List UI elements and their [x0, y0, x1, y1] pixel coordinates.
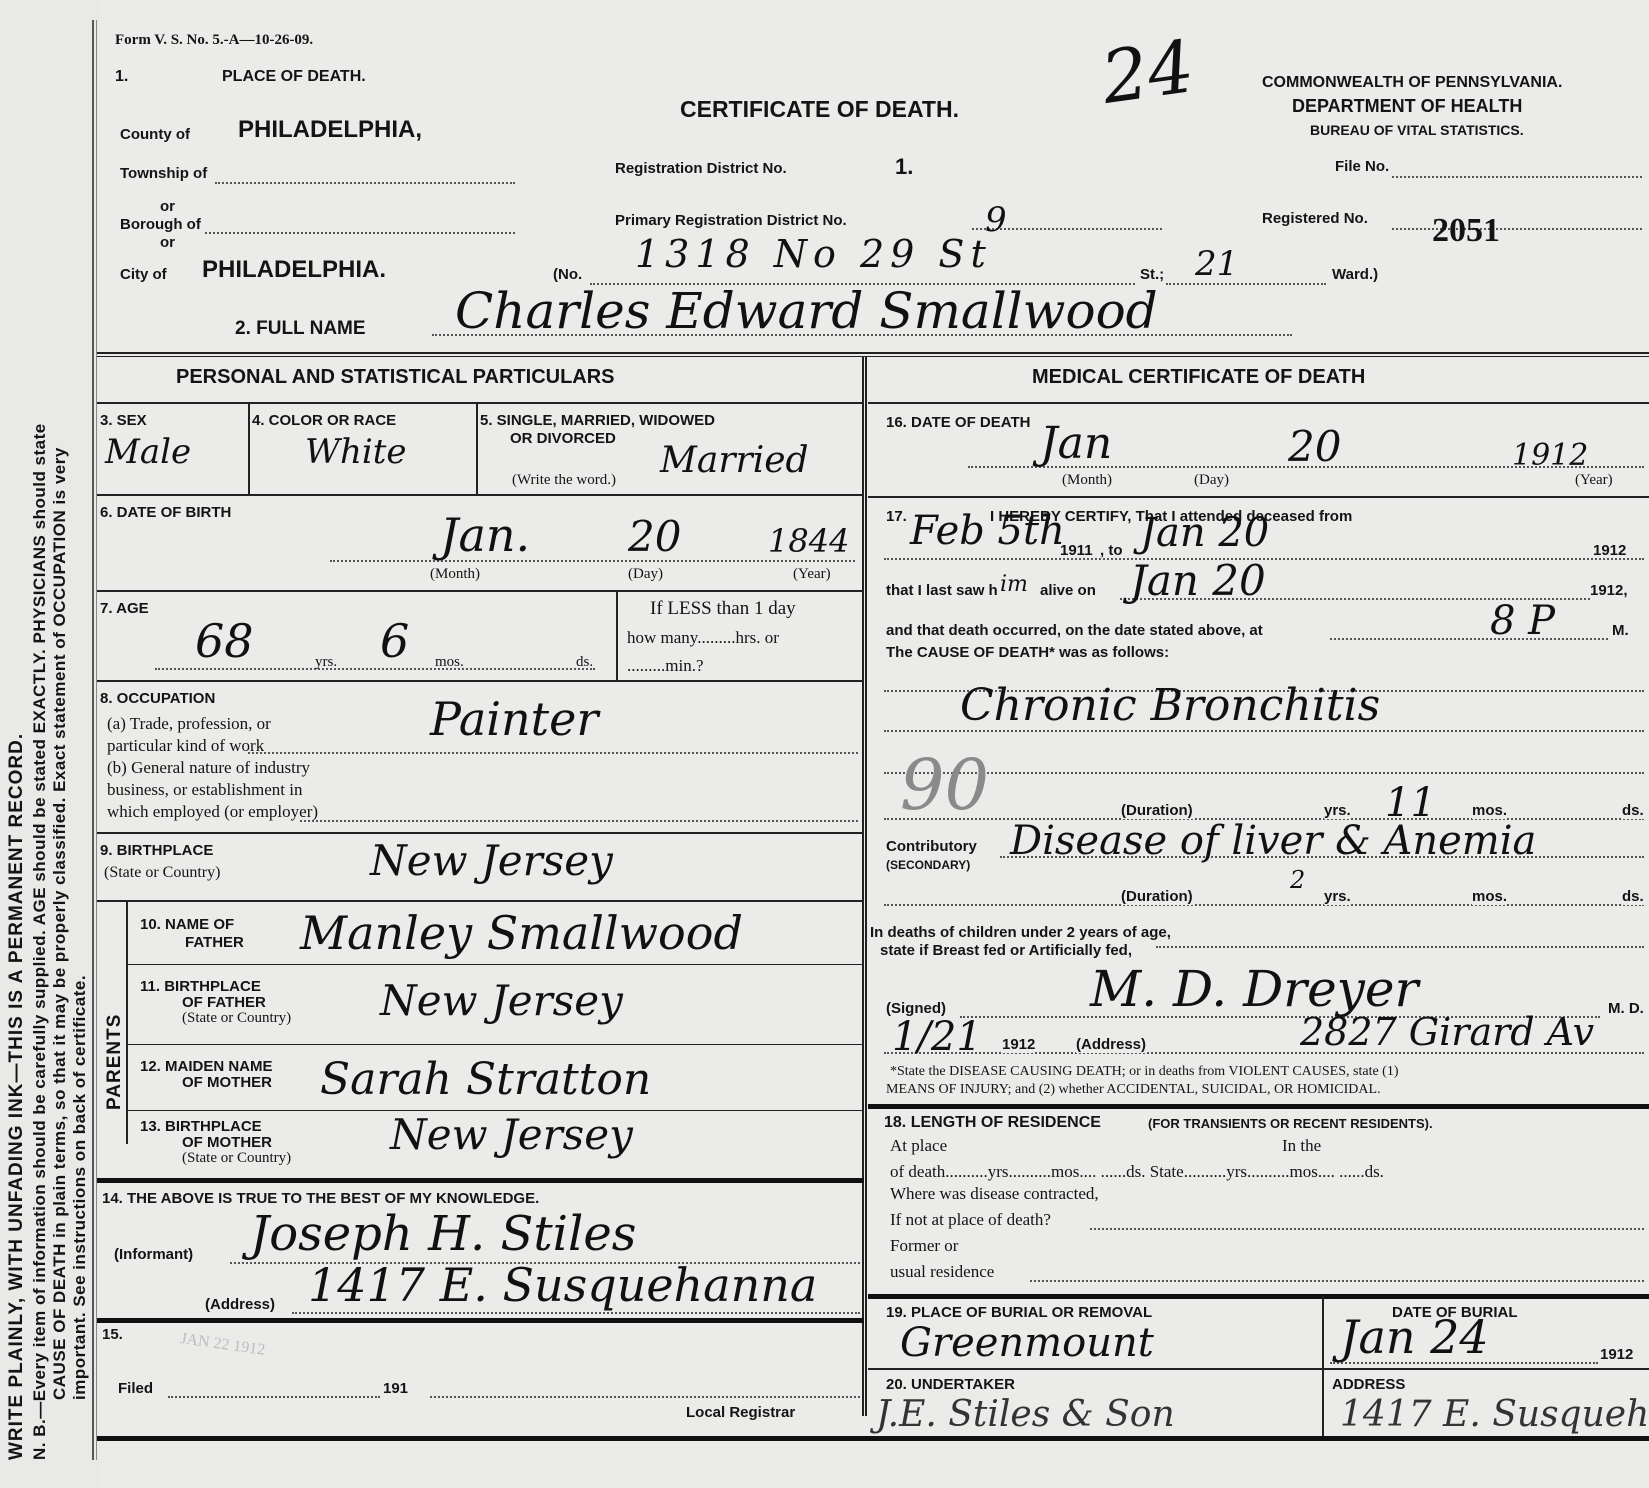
undertaker-label: 20. UNDERTAKER	[886, 1376, 1015, 1393]
dob-field	[330, 560, 855, 562]
death-time-field	[1330, 638, 1608, 640]
feeding-field	[1156, 946, 1644, 948]
last-saw-year: 1912,	[1590, 582, 1628, 599]
divider-age-less	[616, 590, 618, 680]
duration-years-2: 2	[1290, 866, 1305, 894]
rule-before-undertaker	[868, 1368, 1649, 1370]
children-line-1: In deaths of children under 2 years of a…	[870, 924, 1171, 941]
margin-line-cause: CAUSE OF DEATH in plain terms, so that i…	[50, 447, 70, 1400]
registered-no-line	[1392, 228, 1642, 230]
dod-month-caption: (Month)	[1062, 472, 1112, 489]
filed-year-prefix: 191	[383, 1380, 408, 1397]
dod-day-caption: (Day)	[1194, 472, 1229, 489]
full-name-label: 2. FULL NAME	[235, 318, 366, 340]
mother-birthplace-value: New Jersey	[390, 1110, 633, 1159]
occupation-a-line1: (a) Trade, profession, or	[107, 714, 271, 734]
undertaker-address-value: 1417 E. Susquehanna	[1340, 1394, 1649, 1435]
borough-field	[205, 232, 515, 234]
duration-mos-label-2: mos.	[1472, 888, 1507, 905]
father-birthplace-label-1: 11. BIRTHPLACE	[140, 978, 261, 995]
rule-after-birthplace	[97, 900, 864, 902]
street-label: St.;	[1140, 266, 1164, 283]
alive-on-label: alive on	[1040, 582, 1096, 599]
city-label: City of	[120, 266, 167, 283]
certify-number: 17.	[886, 508, 907, 525]
filed-label: Filed	[118, 1380, 153, 1397]
death-time-label: and that death occurred, on the date sta…	[886, 622, 1263, 639]
occupation-a-value: Painter	[430, 692, 598, 746]
margin-line-permanent-record: WRITE PLAINLY, WITH UNFADING INK—THIS IS…	[6, 733, 28, 1460]
age-days-unit: ds.	[576, 654, 593, 671]
file-no-field	[1392, 176, 1642, 178]
age-months: 6	[380, 614, 409, 668]
occupation-a-field	[248, 752, 858, 754]
less-day-line2: how many.........hrs. or	[627, 628, 779, 648]
md-label: M. D.	[1608, 1000, 1644, 1017]
agency-commonwealth: COMMONWEALTH OF PENNSYLVANIA.	[1262, 74, 1562, 92]
of-death-line: of death..........yrs..........mos.... .…	[890, 1162, 1384, 1182]
age-label: 7. AGE	[100, 600, 149, 617]
mother-birthplace-label-2: OF MOTHER	[182, 1134, 272, 1151]
occupation-b-line2: business, or establishment in	[107, 780, 302, 800]
usual-residence-label: usual residence	[890, 1262, 994, 1282]
divider-burial	[1322, 1296, 1324, 1436]
age-years-unit: yrs.	[315, 654, 337, 671]
rule-sections-top	[97, 352, 1649, 354]
burial-place-label: 19. PLACE OF BURIAL OR REMOVAL	[886, 1304, 1152, 1321]
footnote-line-1: *State the DISEASE CAUSING DEATH; or in …	[890, 1064, 1399, 1080]
rule-after-sex	[97, 494, 864, 496]
informant-address-field	[292, 1312, 860, 1314]
attended-to-year: 1912	[1593, 542, 1626, 559]
full-name-value: Charles Edward Smallwood	[455, 282, 1158, 340]
informant-address-label: (Address)	[205, 1296, 275, 1313]
cause-contributory: Disease of liver & Anemia	[1010, 818, 1536, 864]
less-day-line3: .........min.?	[627, 656, 704, 676]
age-field	[155, 668, 595, 670]
margin-line-nb: N. B.—Every item of information should b…	[30, 423, 50, 1460]
last-saw-pronoun: im	[1000, 572, 1028, 597]
if-not-label: If not at place of death?	[890, 1210, 1051, 1230]
margin-mark-90: 90	[900, 744, 989, 826]
physician-address-value: 2827 Girard Av	[1300, 1010, 1594, 1054]
duration-label-2: (Duration)	[1121, 888, 1193, 905]
children-line-2: state if Breast fed or Artificially fed,	[880, 942, 1132, 959]
city-value: PHILADELPHIA.	[202, 256, 386, 284]
rule-before-burial	[868, 1294, 1649, 1299]
rule-after-age	[97, 680, 864, 682]
or-2: or	[160, 234, 175, 251]
mother-label-2: OF MOTHER	[182, 1074, 272, 1091]
form-number: Form V. S. No. 5.-A—10-26-09.	[115, 32, 313, 49]
mother-birthplace-label-3: (State or Country)	[182, 1150, 291, 1167]
rule-medical-header	[868, 402, 1649, 404]
marital-label: 5. SINGLE, MARRIED, WIDOWED	[480, 412, 715, 429]
duration-yrs-label-1: yrs.	[1324, 802, 1351, 819]
medical-section-title: MEDICAL CERTIFICATE OF DEATH	[1032, 366, 1365, 389]
secondary-label: (SECONDARY)	[886, 858, 970, 872]
dob-year-caption: (Year)	[793, 566, 831, 583]
residence-label-sub: (FOR TRANSIENTS OR RECENT RESIDENTS).	[1148, 1116, 1433, 1131]
certificate-title: CERTIFICATE OF DEATH.	[680, 96, 959, 123]
marital-value: Married	[660, 440, 809, 481]
residence-label: 18. LENGTH OF RESIDENCE	[884, 1114, 1101, 1132]
burial-place-value: Greenmount	[900, 1320, 1154, 1366]
dod-day: 20	[1288, 422, 1341, 471]
registered-no-label: Registered No.	[1262, 210, 1368, 227]
dod-label: 16. DATE OF DEATH	[886, 414, 1030, 431]
race-value: White	[305, 432, 407, 472]
divider-sex-race	[248, 402, 250, 494]
informant-address-value: 1417 E. Susquehanna	[308, 1258, 817, 1312]
rule-after-dod	[868, 496, 1649, 498]
dod-year: 1912	[1512, 438, 1588, 473]
township-field	[215, 182, 515, 184]
registrar-signature-field	[430, 1396, 860, 1398]
marital-hint: (Write the word.)	[512, 472, 616, 489]
occupation-a-line2: particular kind of work	[107, 736, 264, 756]
margin-line-important: important. See instructions on back of c…	[70, 975, 90, 1400]
cause-label: The CAUSE OF DEATH* was as follows:	[886, 644, 1169, 661]
at-place-label: At place	[890, 1136, 947, 1156]
informant-statement: 14. THE ABOVE IS TRUE TO THE BEST OF MY …	[102, 1190, 539, 1207]
marital-label-2: OR DIVORCED	[510, 430, 616, 447]
death-time-value: 8 P	[1490, 598, 1555, 644]
burial-date-year: 1912	[1600, 1346, 1633, 1363]
signed-date: 1/21	[892, 1014, 982, 1060]
informant-value: Joseph H. Stiles	[250, 1206, 636, 1262]
center-divider	[862, 356, 867, 1416]
dod-year-caption: (Year)	[1575, 472, 1613, 489]
attended-to-label: , to	[1100, 542, 1123, 559]
duration-yrs-label-2: yrs.	[1324, 888, 1351, 905]
section-1-number: 1.	[115, 68, 128, 86]
mother-label-1: 12. MAIDEN NAME	[140, 1058, 273, 1075]
dob-day-caption: (Day)	[628, 566, 663, 583]
or-1: or	[160, 198, 175, 215]
father-label-2: FATHER	[185, 934, 244, 951]
street-no-label: (No.	[553, 266, 582, 283]
last-saw-label: that I last saw h	[886, 582, 998, 599]
occupation-b-line3: which employed (or employer)	[107, 802, 318, 822]
dob-month: Jan.	[440, 508, 530, 562]
primary-district-label: Primary Registration District No.	[615, 212, 847, 229]
informant-label: (Informant)	[114, 1246, 193, 1263]
registration-district-label: Registration District No.	[615, 160, 787, 177]
dob-year: 1844	[768, 522, 849, 560]
attended-from: Feb 5th	[910, 508, 1065, 554]
duration-mos-label-1: mos.	[1472, 802, 1507, 819]
parents-side-label: PARENTS	[104, 1014, 126, 1110]
street-no-value: 1318 No 29 St	[635, 232, 992, 276]
agency-department: DEPARTMENT OF HEALTH	[1292, 96, 1522, 117]
rule-before-residence	[868, 1104, 1649, 1109]
dob-day: 20	[628, 512, 681, 561]
burial-date-value: Jan 24	[1340, 1310, 1489, 1364]
agency-bureau: BUREAU OF VITAL STATISTICS.	[1310, 122, 1524, 138]
occupation-b-field	[300, 820, 858, 822]
sex-value: Male	[105, 432, 191, 472]
filed-stamp: JAN 22 1912	[179, 1330, 266, 1360]
divider-race-marital	[476, 402, 478, 494]
attended-to: Jan 20	[1140, 510, 1269, 556]
margin-instructions: WRITE PLAINLY, WITH UNFADING INK—THIS IS…	[0, 0, 100, 1488]
occupation-label: 8. OCCUPATION	[100, 690, 215, 707]
father-name-value: Manley Smallwood	[300, 906, 743, 960]
undertaker-address-label: ADDRESS	[1332, 1376, 1405, 1393]
county-label: County of	[120, 126, 190, 143]
rule-personal-header	[97, 402, 864, 404]
rule-before-filing	[97, 1318, 864, 1323]
township-label: Township of	[120, 165, 207, 182]
rule-bottom	[97, 1436, 1649, 1441]
death-certificate: WRITE PLAINLY, WITH UNFADING INK—THIS IS…	[0, 0, 1649, 1488]
sex-label: 3. SEX	[100, 412, 147, 429]
rule-before-informant	[97, 1178, 864, 1183]
race-label: 4. COLOR OR RACE	[252, 412, 396, 429]
filed-date-field	[168, 1396, 380, 1398]
mother-birthplace-label-1: 13. BIRTHPLACE	[140, 1118, 262, 1135]
place-of-death-title: PLACE OF DEATH.	[222, 68, 366, 86]
filing-section-number: 15.	[102, 1326, 123, 1343]
death-time-suffix: M.	[1612, 622, 1629, 639]
handwritten-mark: 24	[1097, 24, 1199, 120]
duration-line-2	[884, 904, 1644, 906]
mother-name-value: Sarah Stratton	[320, 1054, 651, 1105]
ward-field	[1166, 283, 1326, 285]
rule-sections-top-2	[97, 356, 1649, 357]
age-years: 68	[195, 614, 254, 668]
personal-section-title: PERSONAL AND STATISTICAL PARTICULARS	[176, 366, 615, 389]
signed-year: 1912	[1002, 1036, 1035, 1053]
footnote-line-2: MEANS OF INJURY; and (2) whether ACCIDEN…	[886, 1082, 1381, 1098]
duration-ds-label-2: ds.	[1622, 888, 1644, 905]
ward-label: Ward.)	[1332, 266, 1378, 283]
parents-divider	[126, 900, 128, 1144]
where-contracted-label: Where was disease contracted,	[890, 1184, 1099, 1204]
cause-primary: Chronic Bronchitis	[960, 680, 1380, 731]
age-months-unit: mos.	[435, 654, 464, 671]
registered-no-value: 2051	[1432, 212, 1500, 250]
cause-line-3	[884, 772, 1644, 774]
duration-label-1: (Duration)	[1121, 802, 1193, 819]
attended-from-year: 1911	[1060, 542, 1093, 559]
undertaker-value: J.E. Stiles & Son	[876, 1394, 1175, 1435]
local-registrar-label: Local Registrar	[686, 1404, 795, 1421]
usual-residence-field	[1030, 1280, 1644, 1282]
father-birthplace-label-2: OF FATHER	[182, 994, 266, 1011]
father-birthplace-label-3: (State or Country)	[182, 1010, 291, 1027]
rule-after-dob	[97, 590, 864, 592]
duration-ds-label-1: ds.	[1622, 802, 1644, 819]
rule-after-occupation	[97, 832, 864, 834]
birthplace-sub: (State or Country)	[104, 864, 220, 882]
last-saw-date: Jan 20	[1130, 556, 1266, 605]
registration-district-value: 1.	[895, 154, 913, 180]
birthplace-label: 9. BIRTHPLACE	[100, 842, 213, 859]
county-value: PHILADELPHIA,	[238, 116, 422, 144]
former-label: Former or	[890, 1236, 958, 1256]
margin-rule	[92, 20, 97, 1460]
file-no-label: File No.	[1335, 158, 1389, 175]
rule-after-father	[126, 964, 864, 965]
father-birthplace-value: New Jersey	[380, 976, 623, 1025]
dob-month-caption: (Month)	[430, 566, 480, 583]
dod-month: Jan	[1040, 418, 1112, 469]
contracted-field	[1090, 1228, 1644, 1230]
father-label-1: 10. NAME OF	[140, 916, 234, 933]
less-day-line1: If LESS than 1 day	[650, 598, 796, 620]
cause-line-2	[884, 730, 1644, 732]
birthplace-value: New Jersey	[370, 836, 613, 885]
physician-address-label: (Address)	[1076, 1036, 1146, 1053]
ward-value: 21	[1195, 244, 1238, 284]
contributory-label: Contributory	[886, 838, 977, 855]
in-the-label: In the	[1282, 1136, 1321, 1156]
rule-after-father-birthplace	[126, 1044, 864, 1045]
borough-label: Borough of	[120, 216, 201, 233]
occupation-b-line1: (b) General nature of industry	[107, 758, 310, 778]
dob-label: 6. DATE OF BIRTH	[100, 504, 231, 521]
